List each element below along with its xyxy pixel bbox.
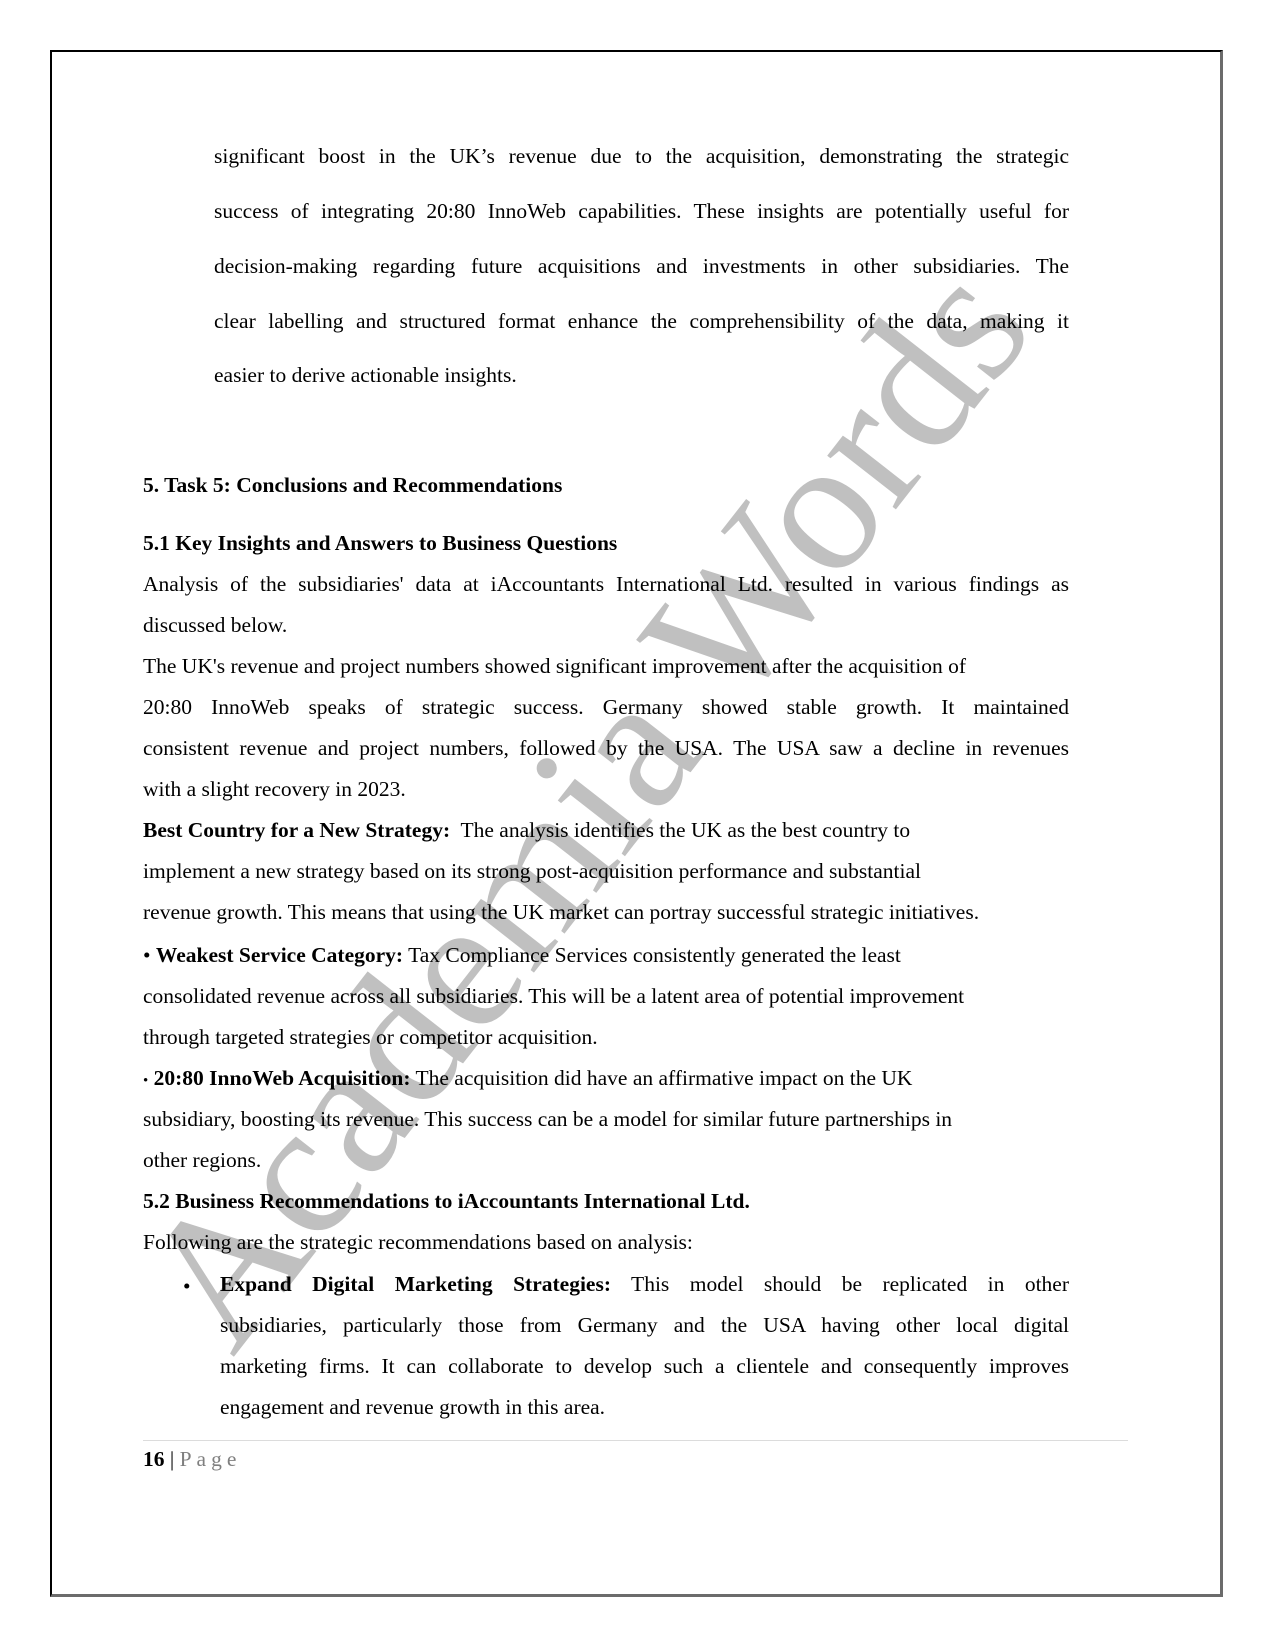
- section-heading: 5. Task 5: Conclusions and Recommendatio…: [143, 475, 562, 497]
- paragraph-line: success of integrating 20:80 InnoWeb cap…: [214, 201, 1069, 223]
- paragraph-line: discussed below.: [143, 615, 287, 637]
- innoweb-label: 20:80 InnoWeb Acquisition:: [154, 1066, 411, 1090]
- subsection-heading: 5.1 Key Insights and Answers to Business…: [143, 533, 617, 555]
- recommendation-label: Expand Digital Marketing Strategies:: [220, 1272, 611, 1296]
- paragraph-line: engagement and revenue growth in this ar…: [220, 1397, 605, 1419]
- footer-divider: [143, 1440, 1128, 1441]
- paragraph-line: consolidated revenue across all subsidia…: [143, 986, 964, 1008]
- bullet-icon: •: [143, 1073, 148, 1089]
- paragraph-line: Following are the strategic recommendati…: [143, 1232, 693, 1254]
- paragraph-line: revenue growth. This means that using th…: [143, 902, 979, 924]
- paragraph-line: with a slight recovery in 2023.: [143, 779, 406, 801]
- weakest-category-line: • Weakest Service Category: Tax Complian…: [143, 945, 901, 967]
- paragraph-line: Analysis of the subsidiaries' data at iA…: [143, 574, 1069, 596]
- subsection-heading: 5.2 Business Recommendations to iAccount…: [143, 1191, 750, 1213]
- bullet-icon: •: [143, 943, 151, 967]
- weakest-category-label: Weakest Service Category:: [156, 943, 403, 967]
- page-footer: 16 | Page: [143, 1447, 241, 1472]
- paragraph-line: 20:80 InnoWeb speaks of strategic succes…: [143, 697, 1069, 719]
- paragraph-line: implement a new strategy based on its st…: [143, 861, 921, 883]
- paragraph-line: clear labelling and structured format en…: [214, 311, 1069, 333]
- paragraph-line: through targeted strategies or competito…: [143, 1027, 598, 1049]
- page-number: 16: [143, 1447, 165, 1471]
- bullet-icon: •: [183, 1274, 191, 1299]
- paragraph-line: significant boost in the UK’s revenue du…: [214, 146, 1069, 168]
- paragraph-line: easier to derive actionable insights.: [214, 365, 517, 387]
- paragraph-line: The UK's revenue and project numbers sho…: [143, 656, 966, 678]
- paragraph-line: other regions.: [143, 1150, 261, 1172]
- innoweb-line: • 20:80 InnoWeb Acquisition: The acquisi…: [143, 1068, 912, 1090]
- paragraph-line: marketing firms. It can collaborate to d…: [220, 1356, 1069, 1378]
- best-country-line: Best Country for a New Strategy: The ana…: [143, 820, 910, 842]
- best-country-label: Best Country for a New Strategy:: [143, 818, 450, 842]
- paragraph-line: subsidiary, boosting its revenue. This s…: [143, 1109, 952, 1131]
- paragraph-line: consistent revenue and project numbers, …: [143, 738, 1069, 760]
- recommendation-line: Expand Digital Marketing Strategies: Thi…: [220, 1274, 1069, 1296]
- paragraph-line: subsidiaries, particularly those from Ge…: [220, 1315, 1069, 1337]
- paragraph-line: decision-making regarding future acquisi…: [214, 256, 1069, 278]
- page-label: Page: [180, 1447, 242, 1471]
